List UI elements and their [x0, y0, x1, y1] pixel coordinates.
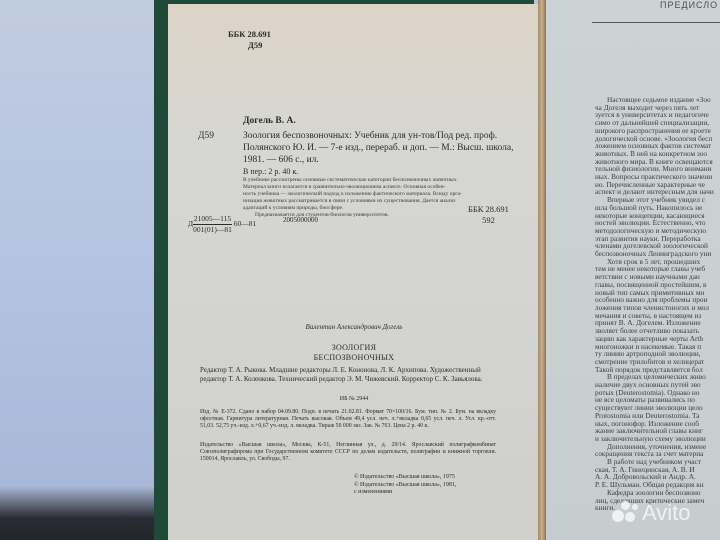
right-page-preface: ПРЕДИСЛО Настоящее седьмое издание «Зооч… — [540, 0, 720, 540]
copyright-notice: © Издательство «Высшая школа», 1975 © Из… — [354, 474, 456, 497]
publisher-info: Издательство «Высшая школа», Москва, К-5… — [200, 442, 496, 464]
avito-wordmark: Avito — [642, 500, 691, 526]
print-details: Изд. № Е-372. Сдано в набор 04.09.80. По… — [200, 409, 496, 431]
preface-text: Настоящее седьмое издание «Зооча Догеля … — [595, 96, 720, 512]
avito-watermark: Avito — [612, 500, 691, 526]
heading-rule — [592, 22, 720, 23]
bbk-code-bottom: ББК 28.691 592 — [468, 204, 509, 226]
editors-credits: Редактор Т. А. Рыкова. Младшие редакторы… — [200, 366, 500, 384]
ib-number: ИБ № 2944 — [168, 396, 540, 402]
book-title-line1: ЗООЛОГИЯ — [168, 343, 540, 352]
classification-index: Д21005—115001(01)—81 60—81 — [188, 214, 256, 235]
code-number: 2005000000 — [283, 216, 318, 224]
background-surface — [0, 0, 160, 540]
preface-heading: ПРЕДИСЛО — [660, 0, 718, 10]
author-name: Догель В. А. — [243, 116, 296, 126]
left-page-imprint: ББК 28.691 Д59 Догель В. А. Д59 Зоология… — [168, 4, 540, 540]
reference-line: Полянского Ю. И. — 7-е изд., перераб. и … — [243, 143, 514, 153]
book-title-line2: БЕСПОЗВОНОЧНЫХ — [168, 353, 540, 362]
reference-line: 1981. — 606 с., ил. — [243, 155, 319, 165]
page-spine-edge — [538, 0, 546, 540]
avito-logo-icon — [612, 501, 638, 525]
reference-line: Зоология беспозвоночных: Учебник для ун-… — [243, 131, 497, 141]
catalog-index: Д59 — [198, 131, 214, 141]
bbk-code-top: ББК 28.691 Д59 — [228, 29, 271, 51]
price-line: В пер.: 2 р. 40 к. — [243, 167, 298, 176]
author-full-name: Валентин Александрович Догель — [168, 323, 540, 331]
